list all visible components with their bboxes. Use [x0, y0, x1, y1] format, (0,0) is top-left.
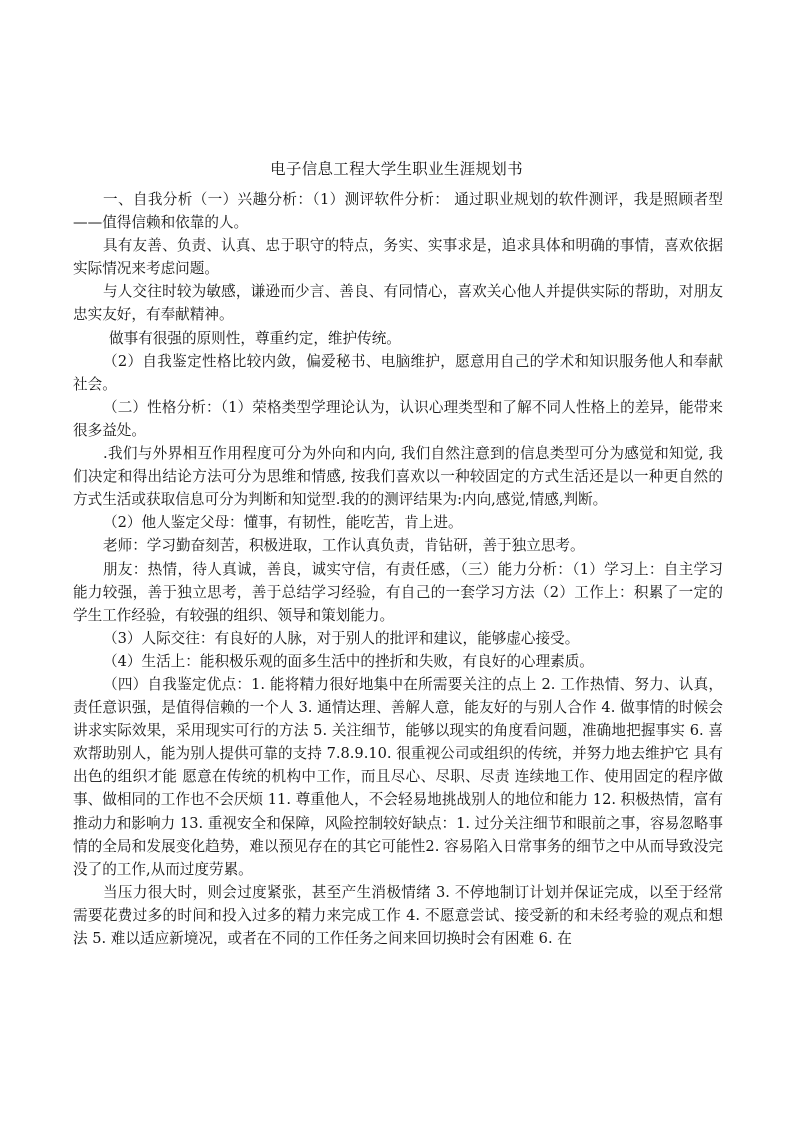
paragraph-traits: 具有友善、负责、认真、忠于职守的特点，务实、实事求是，追求具体和明确的事情，喜欢… [73, 234, 723, 280]
document-body: 一、自我分析（一）兴趣分析：（1）测评软件分析： 通过职业规划的软件测评，我是照… [73, 188, 723, 950]
document-title: 电子信息工程大学生职业生涯规划书 [0, 158, 793, 180]
paragraph-friends-ability: 朋友：热情，待人真诚，善良，诚实守信，有责任感，（三）能力分析：（1）学习上：自… [73, 558, 723, 627]
paragraph-social: 与人交往时较为敏感，谦逊而少言、善良、有同情心，喜欢关心他人并提供实际的帮助，对… [73, 280, 723, 326]
paragraph-interpersonal: （3）人际交往：有良好的人脉，对于别人的批评和建议，能够虚心接受。 [73, 627, 723, 650]
paragraph-parents-assessment: （2）他人鉴定父母：懂事，有韧性，能吃苦，肯上进。 [73, 511, 723, 534]
paragraph-pressure: 当压力很大时，则会过度紧张，甚至产生消极情绪 3. 不停地制订计划并保证完成，以… [73, 881, 723, 950]
paragraph-personality-analysis: （二）性格分析：（1）荣格类型学理论认为，认识心理类型和了解不同人性格上的差异，… [73, 396, 723, 442]
paragraph-self-assessment: （2）自我鉴定性格比较内敛，偏爱秘书、电脑维护，愿意用自己的学术和知识服务他人和… [73, 350, 723, 396]
paragraph-teacher-assessment: 老师：学习勤奋刻苦，积极进取，工作认真负责，肯钻研，善于独立思考。 [73, 534, 723, 557]
paragraph-principles: 做事有很强的原则性，尊重约定，维护传统。 [73, 327, 723, 350]
paragraph-self-analysis-interest: 一、自我分析（一）兴趣分析：（1）测评软件分析： 通过职业规划的软件测评，我是照… [73, 188, 723, 234]
document-page: 电子信息工程大学生职业生涯规划书 一、自我分析（一）兴趣分析：（1）测评软件分析… [0, 0, 793, 1122]
paragraph-strengths-weaknesses: （四）自我鉴定优点：1. 能将精力很好地集中在所需要关注的点上 2. 工作热情、… [73, 673, 723, 881]
paragraph-life: （4）生活上：能积极乐观的面多生活中的挫折和失败，有良好的心理素质。 [73, 650, 723, 673]
paragraph-jung-types: .我们与外界相互作用程度可分为外向和内向, 我们自然注意到的信息类型可分为感觉和… [73, 442, 723, 511]
